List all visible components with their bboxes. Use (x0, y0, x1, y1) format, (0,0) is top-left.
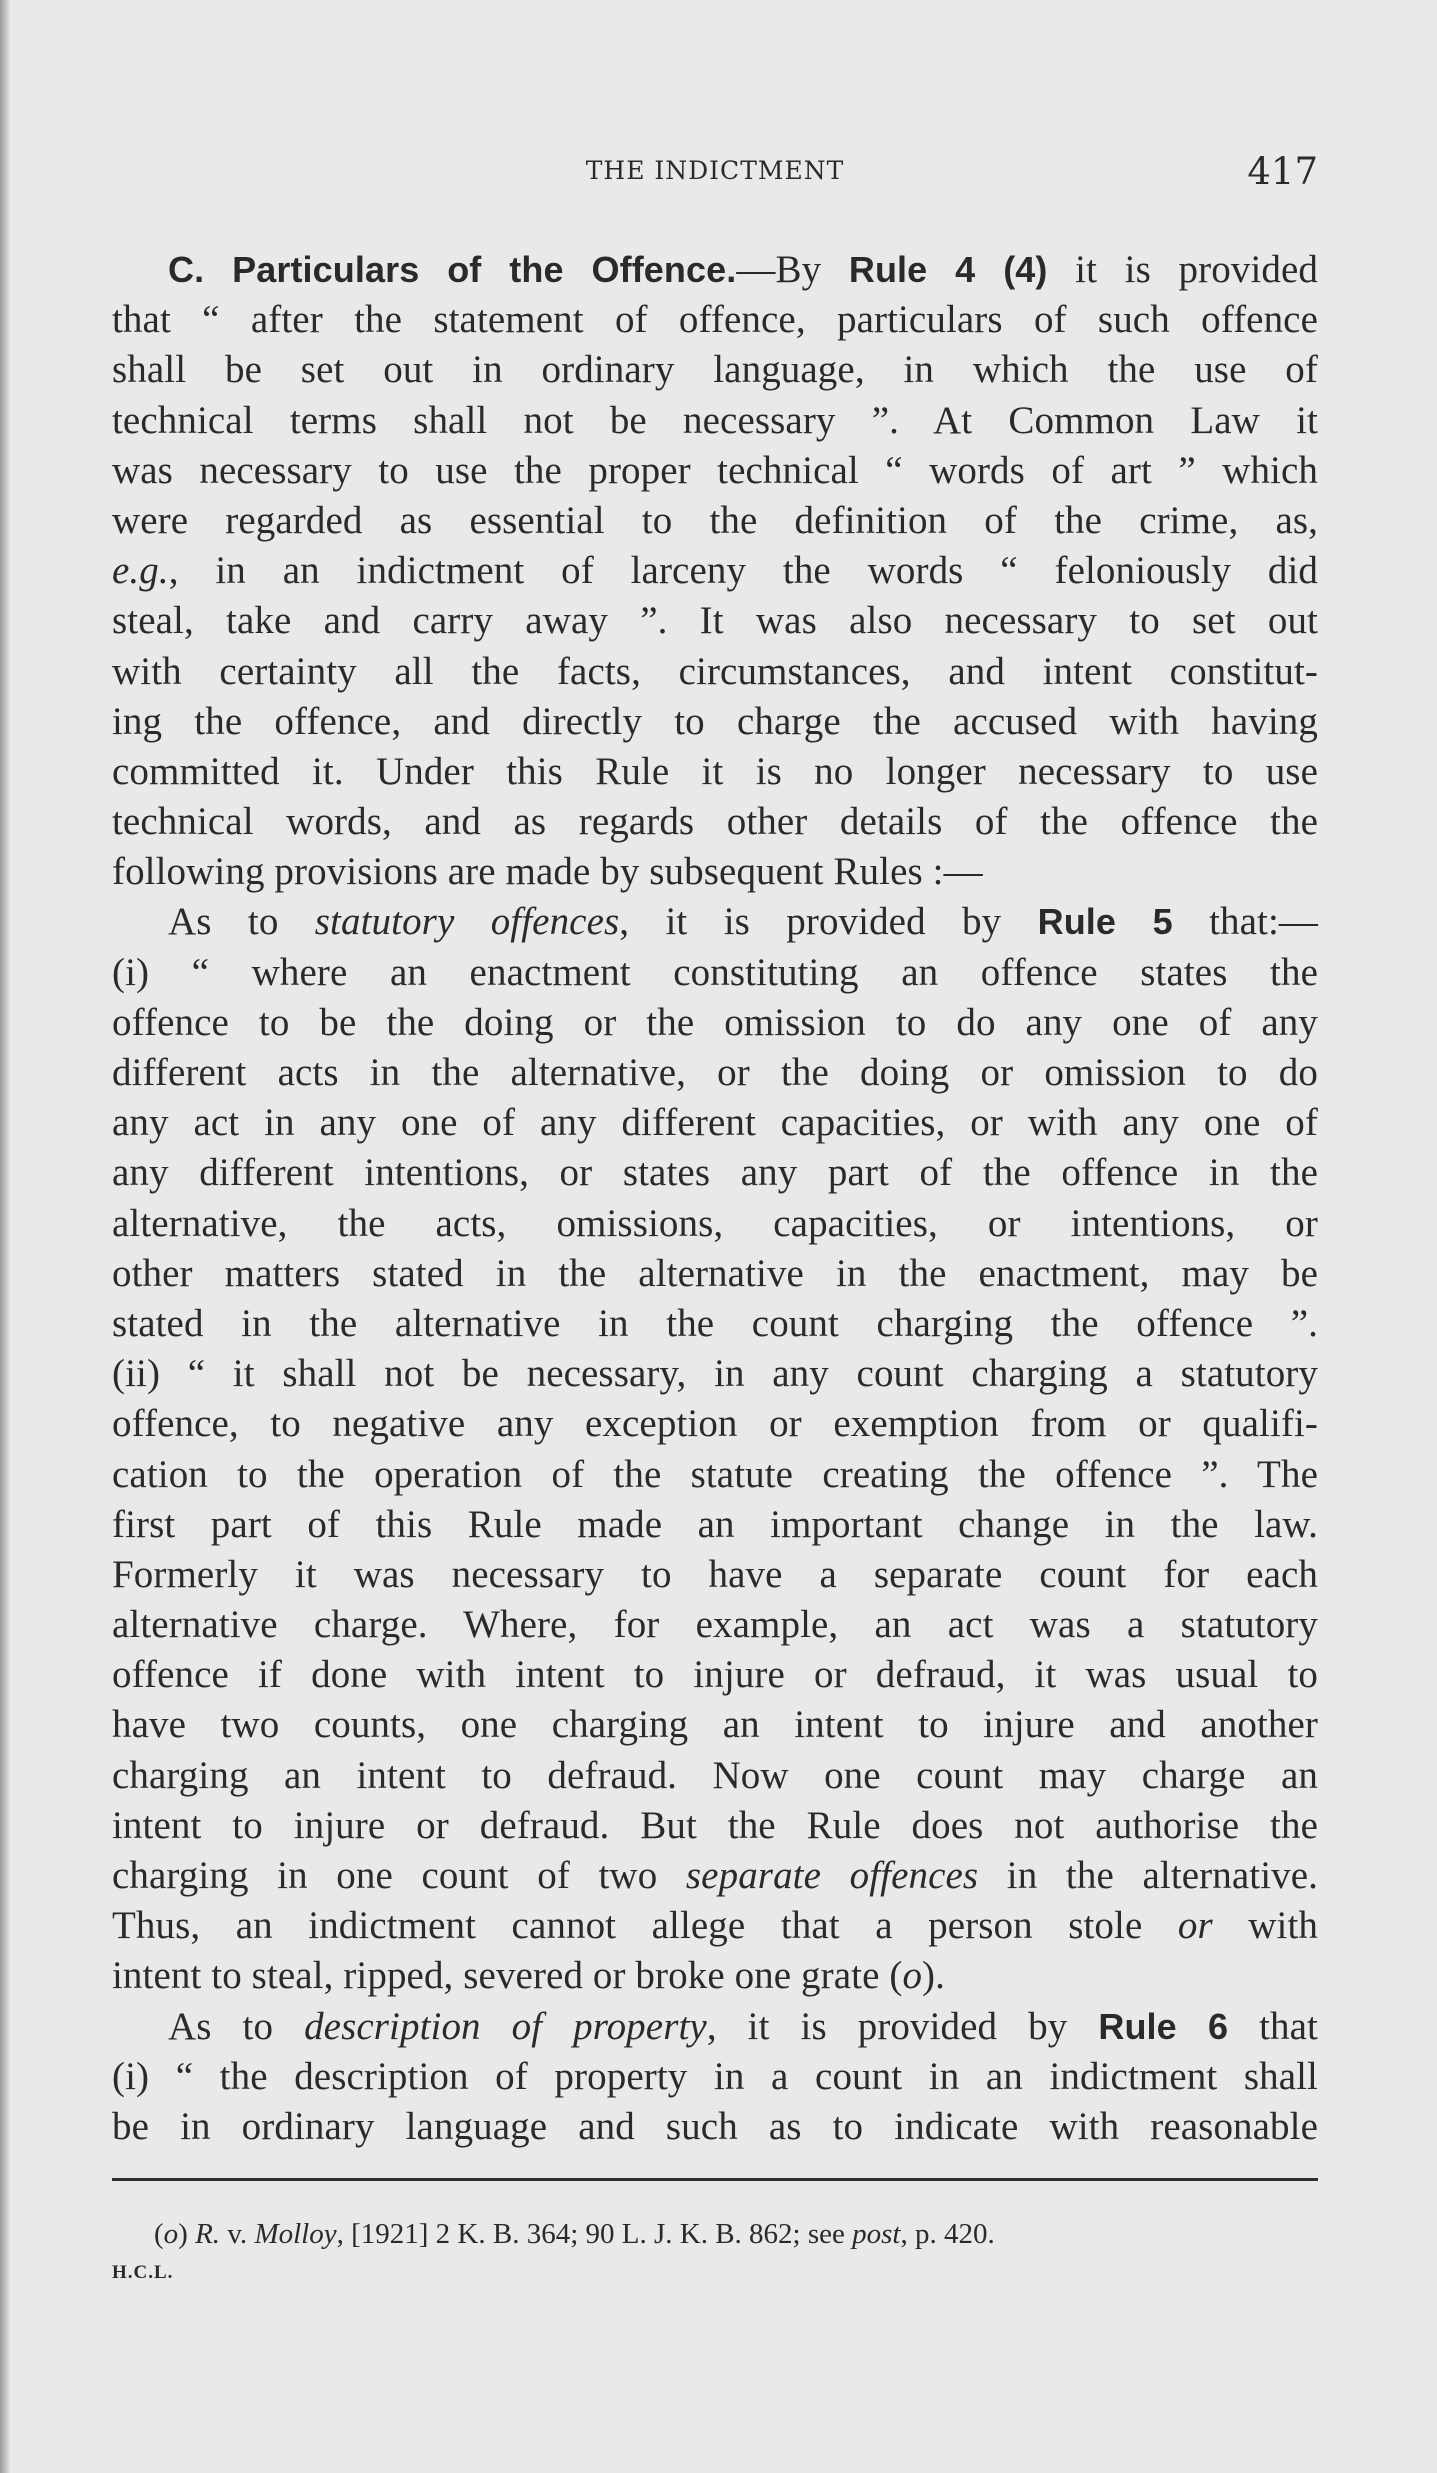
text-run: technical terms shall not be necessary ”… (112, 399, 1318, 442)
bold-text: C. Particulars of the Offence. (168, 249, 736, 290)
text-run: , [1921] 2 K. B. 364; 90 L. J. K. B. 862… (337, 2218, 853, 2250)
text-run: with (1213, 1904, 1318, 1947)
text-run: As to (168, 900, 315, 943)
text-line: following provisions are made by subsequ… (112, 847, 1318, 897)
page-number: 417 (1247, 150, 1318, 193)
text-run: (i) “ the description of property in a c… (112, 2055, 1318, 2098)
italic-text: statutory offences (315, 900, 620, 943)
text-run: stated in the alternative in the count c… (112, 1302, 1318, 1345)
text-run: intent to injure or defraud. But the Rul… (112, 1804, 1318, 1847)
text-line: that “ after the statement of offence, p… (112, 295, 1318, 345)
text-line: intent to steal, ripped, severed or brok… (112, 1951, 1318, 2001)
text-line: other matters stated in the alternative … (112, 1249, 1318, 1299)
text-line: offence if done with intent to injure or… (112, 1650, 1318, 1700)
text-line: cation to the operation of the statute c… (112, 1450, 1318, 1500)
italic-text: description of property (304, 2005, 707, 2048)
text-run: alternative charge. Where, for example, … (112, 1603, 1318, 1646)
text-run: charging in one count of two (112, 1854, 686, 1897)
italic-text: o (164, 2218, 179, 2250)
text-run: other matters stated in the alternative … (112, 1252, 1318, 1295)
text-line: (i) “ the description of property in a c… (112, 2052, 1318, 2102)
text-line: alternative charge. Where, for example, … (112, 1600, 1318, 1650)
running-title: THE INDICTMENT (112, 156, 1318, 185)
text-run: with certainty all the facts, circumstan… (112, 650, 1318, 693)
text-line: any different intentions, or states any … (112, 1148, 1318, 1198)
text-run: that:— (1173, 900, 1318, 943)
text-line: charging in one count of two separate of… (112, 1851, 1318, 1901)
text-run: As to (168, 2005, 304, 2048)
text-line: intent to injure or defraud. But the Rul… (112, 1801, 1318, 1851)
text-line: offence, to negative any exception or ex… (112, 1399, 1318, 1449)
text-run: steal, take and carry away ”. It was als… (112, 599, 1318, 642)
text-run: offence to be the doing or the omission … (112, 1001, 1318, 1044)
italic-text: or (1178, 1904, 1213, 1947)
text-line: be in ordinary language and such as to i… (112, 2102, 1318, 2152)
text-run: in the alternative. (978, 1854, 1318, 1897)
text-line: (ii) “ it shall not be necessary, in any… (112, 1349, 1318, 1399)
text-run: alternative, the acts, omissions, capaci… (112, 1202, 1318, 1245)
italic-text: e.g. (112, 549, 169, 592)
text-run: offence, to negative any exception or ex… (112, 1402, 1318, 1445)
text-line: alternative, the acts, omissions, capaci… (112, 1199, 1318, 1249)
footnote-rule (112, 2178, 1318, 2181)
text-line: Thus, an indictment cannot allege that a… (112, 1901, 1318, 1951)
text-run: , in an indictment of larceny the words … (169, 549, 1318, 592)
text-line: first part of this Rule made an importan… (112, 1500, 1318, 1550)
text-run: intent to steal, ripped, severed or brok… (112, 1954, 902, 1997)
text-run: that “ after the statement of offence, p… (112, 298, 1318, 341)
text-run: , it is provided by (619, 900, 1037, 943)
text-run: v. (220, 2218, 254, 2250)
text-line: different acts in the alternative, or th… (112, 1048, 1318, 1098)
text-line: As to statutory offences, it is provided… (112, 897, 1318, 947)
text-run: it is provided (1048, 248, 1319, 291)
text-line: Formerly it was necessary to have a sepa… (112, 1550, 1318, 1600)
text-run: Thus, an indictment cannot allege that a… (112, 1904, 1178, 1947)
text-run: any act in any one of any different capa… (112, 1101, 1318, 1144)
text-line: were regarded as essential to the defini… (112, 496, 1318, 546)
text-line: (i) “ where an enactment constituting an… (112, 948, 1318, 998)
text-run: ing the offence, and directly to charge … (112, 700, 1318, 743)
text-run: be in ordinary language and such as to i… (112, 2105, 1318, 2148)
text-line: technical terms shall not be necessary ”… (112, 396, 1318, 446)
text-run: cation to the operation of the statute c… (112, 1453, 1318, 1496)
text-run: offence if done with intent to injure or… (112, 1653, 1318, 1696)
text-line: have two counts, one charging an intent … (112, 1700, 1318, 1750)
bold-text: Rule 4 (4) (849, 249, 1048, 290)
text-run: different acts in the alternative, or th… (112, 1051, 1318, 1094)
body-text: C. Particulars of the Offence.—By Rule 4… (112, 245, 1318, 2152)
bold-text: Rule 5 (1038, 901, 1173, 942)
signature-mark: H.C.L. (112, 2262, 173, 2284)
text-line: ing the offence, and directly to charge … (112, 697, 1318, 747)
text-run: ( (154, 2218, 164, 2250)
text-run: have two counts, one charging an intent … (112, 1703, 1318, 1746)
text-line: any act in any one of any different capa… (112, 1098, 1318, 1148)
text-run: charging an intent to defraud. Now one c… (112, 1754, 1318, 1797)
text-line: stated in the alternative in the count c… (112, 1299, 1318, 1349)
text-run: was necessary to use the proper technica… (112, 449, 1318, 492)
text-line: charging an intent to defraud. Now one c… (112, 1751, 1318, 1801)
text-run: Formerly it was necessary to have a sepa… (112, 1553, 1318, 1596)
bold-text: Rule 6 (1098, 2006, 1228, 2047)
text-run: , p. 420. (900, 2218, 994, 2250)
italic-text: Molloy (254, 2218, 336, 2250)
text-run: shall be set out in ordinary language, i… (112, 348, 1318, 391)
text-run: any different intentions, or states any … (112, 1151, 1318, 1194)
italic-text: post (852, 2218, 900, 2250)
text-line: steal, take and carry away ”. It was als… (112, 596, 1318, 646)
text-run: ) (178, 2218, 195, 2250)
text-run: committed it. Under this Rule it is no l… (112, 750, 1318, 793)
text-line: committed it. Under this Rule it is no l… (112, 747, 1318, 797)
text-run: , it is provided by (707, 2005, 1099, 2048)
page-spine-shadow (0, 0, 10, 2473)
italic-text: separate offences (686, 1854, 978, 1897)
text-line: technical words, and as regards other de… (112, 797, 1318, 847)
text-line: offence to be the doing or the omission … (112, 998, 1318, 1048)
text-run: first part of this Rule made an importan… (112, 1503, 1318, 1546)
text-line: with certainty all the facts, circumstan… (112, 647, 1318, 697)
text-run: —By (736, 248, 848, 291)
text-line: was necessary to use the proper technica… (112, 446, 1318, 496)
text-line: e.g., in an indictment of larceny the wo… (112, 546, 1318, 596)
text-run: technical words, and as regards other de… (112, 800, 1318, 843)
text-run: that (1228, 2005, 1318, 2048)
text-line: As to description of property, it is pro… (112, 2002, 1318, 2052)
text-run: following provisions are made by subsequ… (112, 850, 983, 893)
running-head: THE INDICTMENT 417 (112, 150, 1318, 190)
text-run: (i) “ where an enactment constituting an… (112, 951, 1318, 994)
text-run: ). (922, 1954, 945, 1997)
text-run: were regarded as essential to the defini… (112, 499, 1318, 542)
text-line: shall be set out in ordinary language, i… (112, 345, 1318, 395)
text-line: C. Particulars of the Offence.—By Rule 4… (112, 245, 1318, 295)
italic-text: o (902, 1954, 922, 1997)
text-run: (ii) “ it shall not be necessary, in any… (112, 1352, 1318, 1395)
footnote: (o) R. v. Molloy, [1921] 2 K. B. 364; 90… (112, 2218, 1318, 2251)
italic-text: R. (195, 2218, 220, 2250)
